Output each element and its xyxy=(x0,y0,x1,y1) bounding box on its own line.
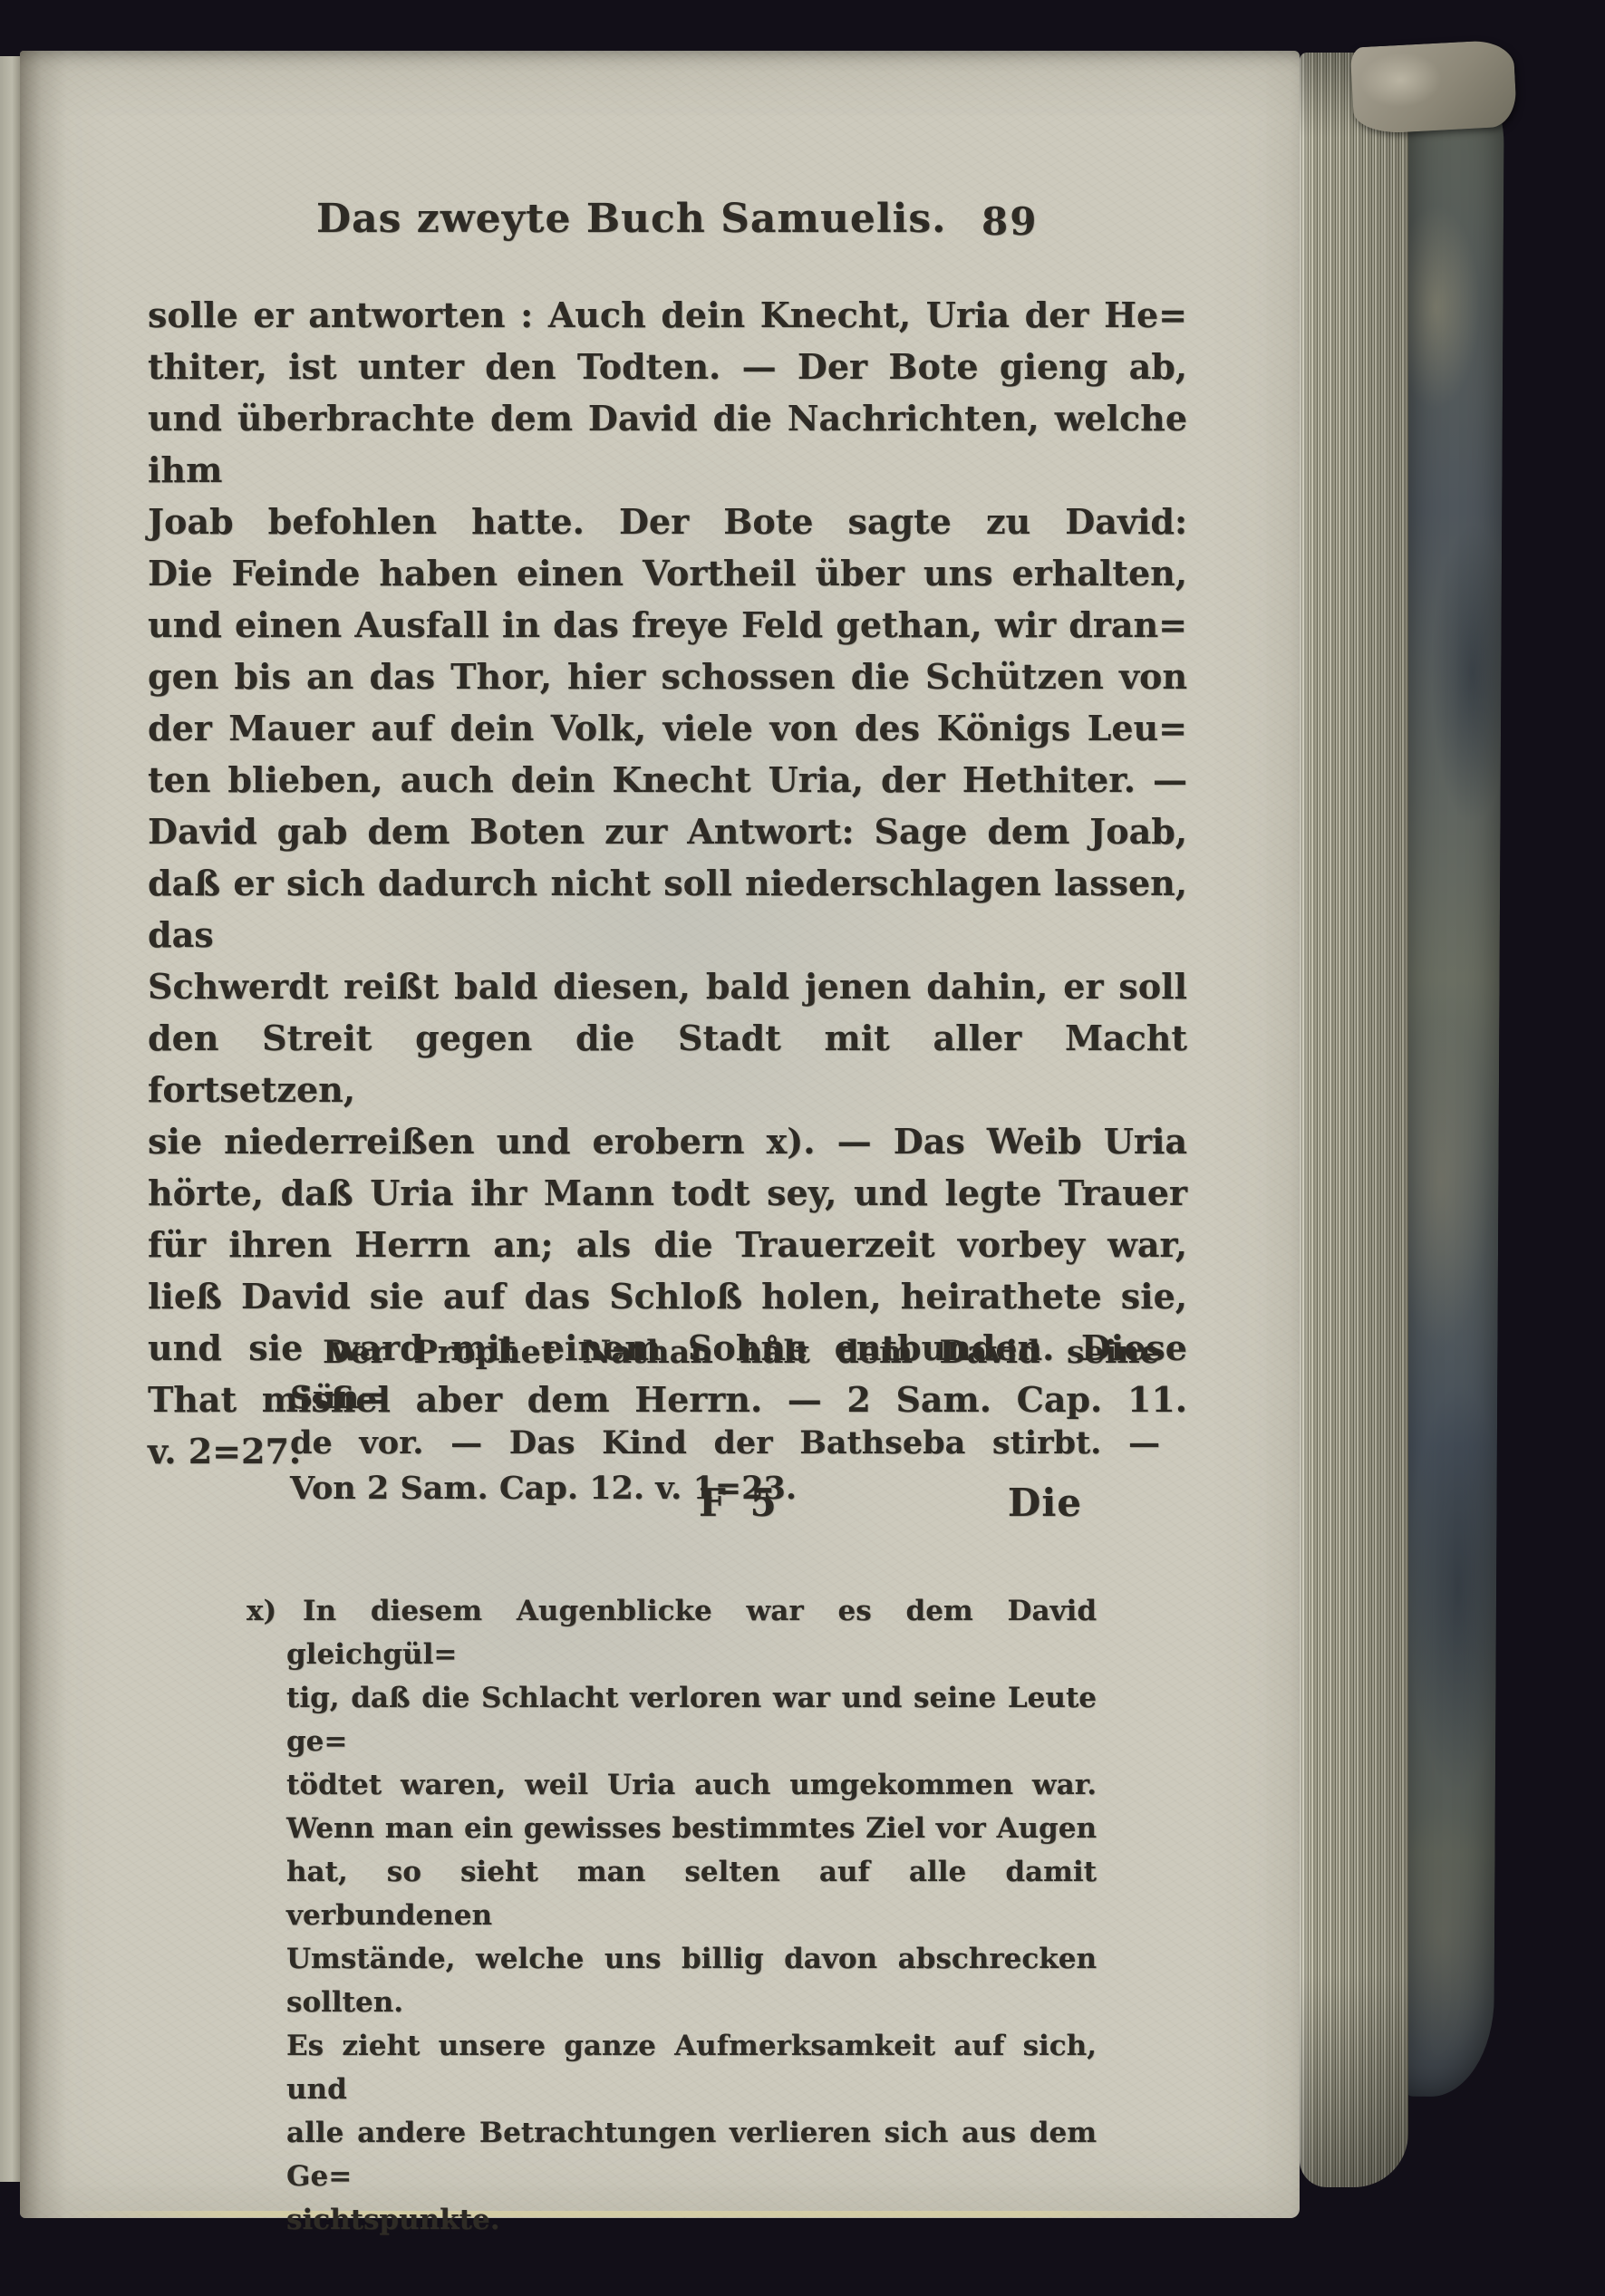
body-text-line: sie niederreißen und erobern x). — Das W… xyxy=(148,1115,1187,1167)
signature-row: F 5 Die xyxy=(148,1481,1082,1533)
footnote-text-line: tig, daß die Schlacht verloren war und s… xyxy=(286,1676,1097,1763)
footnote-text-line: alle andere Betrachtungen verlieren sich… xyxy=(286,2111,1097,2198)
underlying-page-edge xyxy=(0,56,22,2182)
body-text-line: ließ David sie auf das Schloß holen, hei… xyxy=(148,1270,1187,1322)
page-header: Das zweyte Buch Samuelis. 89 xyxy=(148,196,1187,252)
summary-text-line: de vor. — Das Kind der Bathseba stirbt. … xyxy=(290,1421,1160,1466)
body-text-block: solle er antworten : Auch dein Knecht, U… xyxy=(148,289,1187,1477)
book-cover-edge xyxy=(1397,63,1504,2098)
footnote-text-line: sichtspunkte. xyxy=(286,2198,1097,2242)
body-text-line: Schwerdt reißt bald diesen, bald jenen d… xyxy=(148,960,1187,1012)
body-text-line: den Streit gegen die Stadt mit aller Mac… xyxy=(148,1012,1187,1115)
body-text-line: daß er sich dadurch nicht soll niedersch… xyxy=(148,857,1187,960)
gutter-shadow xyxy=(20,51,67,2218)
body-text-line: ten blieben, auch dein Knecht Uria, der … xyxy=(148,754,1187,806)
running-title: Das zweyte Buch Samuelis. xyxy=(316,196,946,242)
body-text-line: und überbrachte dem David die Nachrichte… xyxy=(148,392,1187,496)
torn-paper-fragment xyxy=(1350,39,1518,134)
scan-background: Das zweyte Buch Samuelis. 89 solle er an… xyxy=(0,0,1605,2296)
book-fore-edge xyxy=(1300,53,1408,2187)
body-text-line: hörte, daß Uria ihr Mann todt sey, und l… xyxy=(148,1167,1187,1219)
footnote-text-line: Umstände, welche uns billig davon abschr… xyxy=(286,1937,1097,2024)
summary-text-line: Der Prophet Nathan hålt dem David seine … xyxy=(290,1330,1160,1421)
gathering-signature: F 5 xyxy=(699,1481,782,1525)
body-text-line: Die Feinde haben einen Vortheil über uns… xyxy=(148,547,1187,599)
body-text-line: und einen Ausfall in das freye Feld geth… xyxy=(148,599,1187,651)
page-number: 89 xyxy=(981,199,1038,244)
footnote-lines: In diesem Augenblicke war es dem David g… xyxy=(286,1589,1097,2242)
footnote-text-line: Wenn man ein gewisses bestimmtes Ziel vo… xyxy=(286,1807,1097,1850)
body-text-line: Joab befohlen hatte. Der Bote sagte zu D… xyxy=(148,496,1187,547)
catchword: Die xyxy=(1008,1481,1082,1525)
footnote-text-line: Es zieht unsere ganze Aufmerksamkeit auf… xyxy=(286,2024,1097,2111)
body-text-line: gen bis an das Thor, hier schossen die S… xyxy=(148,651,1187,702)
footnote-marker: x) xyxy=(247,1589,276,1633)
footnote-text-line: tödtet waren, weil Uria auch umgekommen … xyxy=(286,1763,1097,1807)
body-text-line: thiter, ist unter den Todten. — Der Bote… xyxy=(148,341,1187,392)
footnote-text-line: In diesem Augenblicke war es dem David g… xyxy=(286,1589,1097,1676)
body-text-line: für ihren Herrn an; als die Trauerzeit v… xyxy=(148,1219,1187,1270)
book-page: Das zweyte Buch Samuelis. 89 solle er an… xyxy=(20,51,1300,2218)
footnote-text-line: hat, so sieht man selten auf alle damit … xyxy=(286,1850,1097,1937)
footnote-block: x) In diesem Augenblicke war es dem Davi… xyxy=(247,1589,1097,2242)
body-text-line: David gab dem Boten zur Antwort: Sage de… xyxy=(148,806,1187,857)
body-text-line: der Mauer auf dein Volk, viele von des K… xyxy=(148,702,1187,754)
body-text-line: solle er antworten : Auch dein Knecht, U… xyxy=(148,289,1187,341)
